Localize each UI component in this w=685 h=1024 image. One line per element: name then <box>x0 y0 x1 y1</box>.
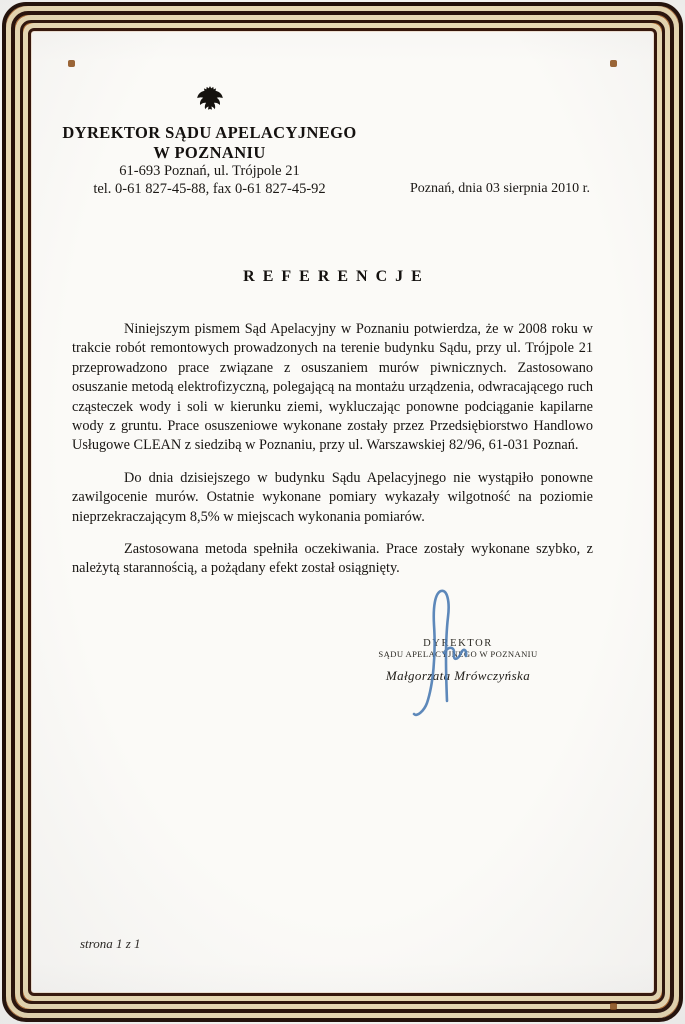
scanned-reference-letter: DYREKTOR SĄDU APELACYJNEGO W POZNANIU 61… <box>0 0 685 1024</box>
polish-eagle-emblem <box>193 82 227 120</box>
letterhead: DYREKTOR SĄDU APELACYJNEGO W POZNANIU 61… <box>62 82 357 198</box>
paragraph-1: Niniejszym pismem Sąd Apelacyjny w Pozna… <box>72 320 593 456</box>
paragraph-3: Zastosowana metoda spełniła oczekiwania.… <box>72 540 593 579</box>
letterhead-org-name-line1: DYREKTOR SĄDU APELACYJNEGO <box>62 123 357 143</box>
handwritten-signature-ink <box>403 585 483 720</box>
letterhead-org-name-line2: W POZNANIU <box>62 143 357 163</box>
letterhead-address: 61-693 Poznań, ul. Trójpole 21 <box>62 163 357 181</box>
frame-corner-ornament <box>610 1003 617 1010</box>
letter-body: Niniejszym pismem Sąd Apelacyjny w Pozna… <box>72 320 593 592</box>
paragraph-2: Do dnia dzisiejszego w budynku Sądu Apel… <box>72 469 593 527</box>
signature-block: DYREKTOR SĄDU APELACYJNEGO W POZNANIU Ma… <box>368 585 548 684</box>
letterhead-phone-fax: tel. 0-61 827-45-88, fax 0-61 827-45-92 <box>62 181 357 199</box>
frame-corner-ornament <box>68 60 75 67</box>
dateline: Poznań, dnia 03 sierpnia 2010 r. <box>410 181 590 197</box>
frame-corner-ornament <box>610 60 617 67</box>
document-title: REFERENCJE <box>72 268 593 286</box>
page-indicator: strona 1 z 1 <box>80 936 141 952</box>
